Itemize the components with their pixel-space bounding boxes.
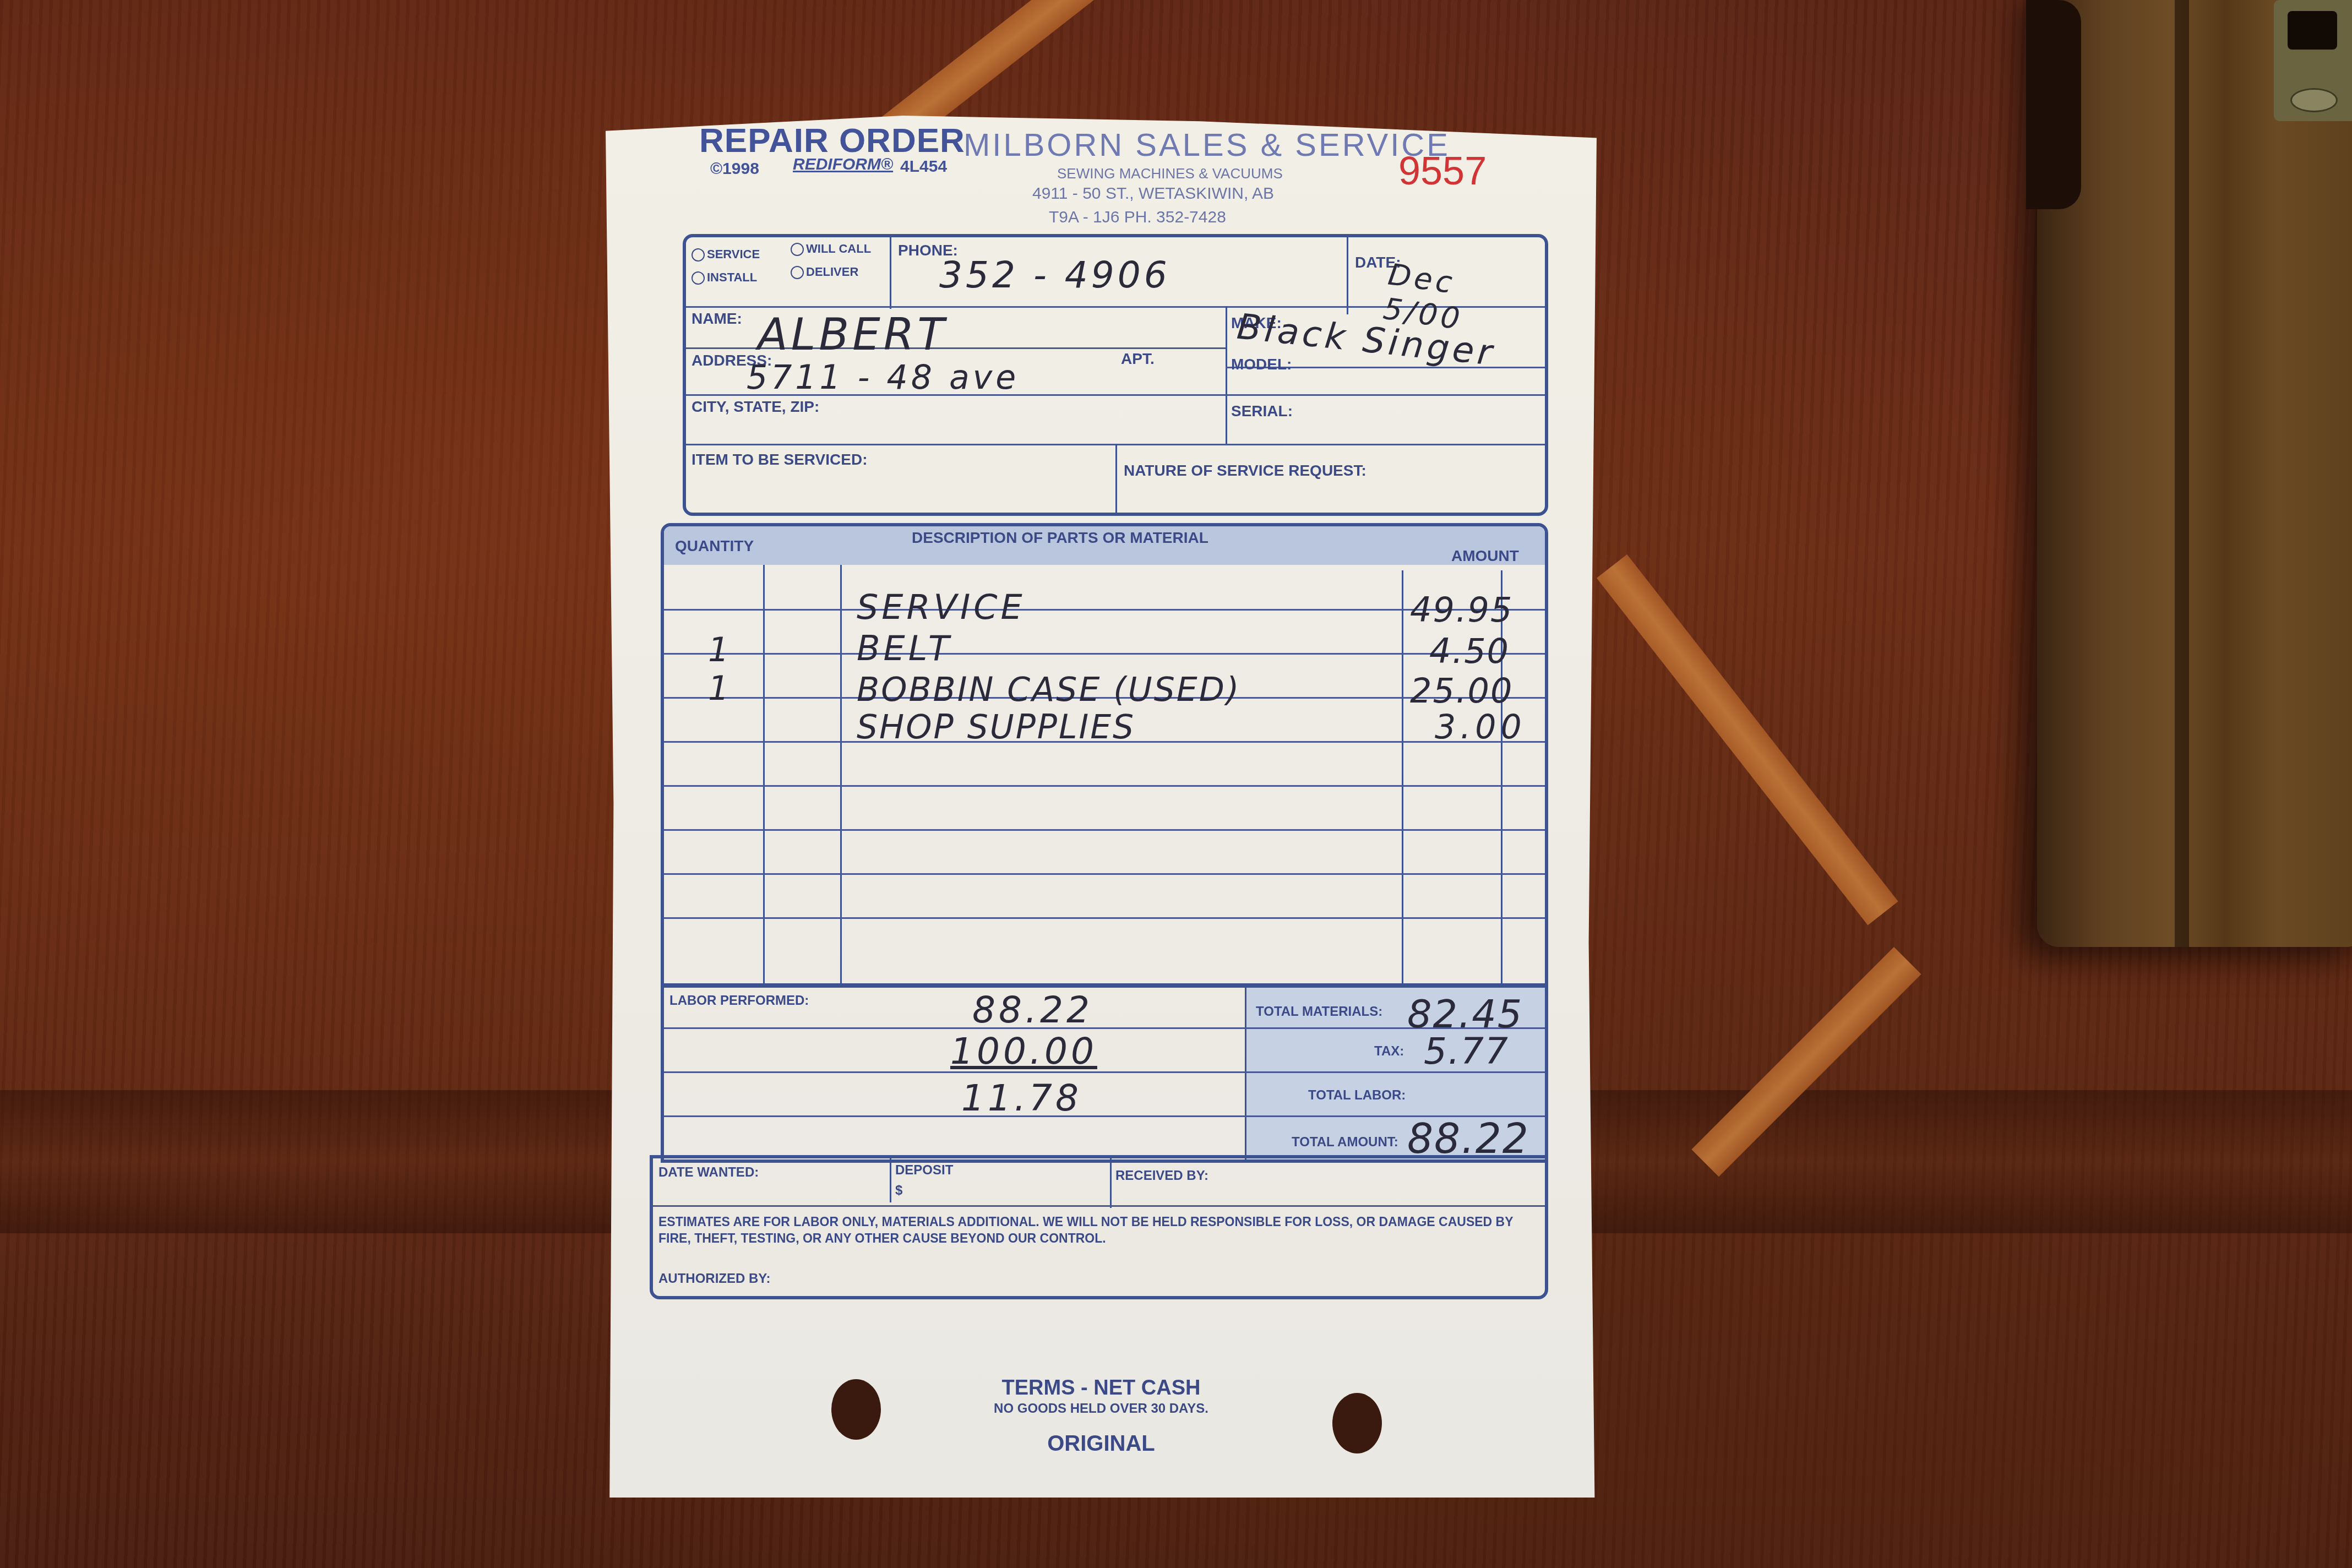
row-amount: 4.50 bbox=[1429, 631, 1510, 671]
date-wanted-label: DATE WANTED: bbox=[658, 1165, 759, 1180]
tax-label: TAX: bbox=[1374, 1044, 1404, 1059]
total-labor-label: TOTAL LABOR: bbox=[1308, 1088, 1406, 1103]
keyhole-icon bbox=[2288, 11, 2337, 50]
total-materials-label: TOTAL MATERIALS: bbox=[1256, 1004, 1382, 1020]
copy-label: ORIGINAL bbox=[606, 1431, 1597, 1456]
business-postal-phone: T9A - 1J6 PH. 352-7428 bbox=[1049, 208, 1226, 227]
wooden-box bbox=[2037, 0, 2352, 947]
deposit-currency: $ bbox=[895, 1183, 902, 1199]
box-groove bbox=[2175, 0, 2189, 947]
labor-calc-line: 11.78 bbox=[961, 1077, 1082, 1119]
labor-calc-line: 88.22 bbox=[972, 989, 1093, 1031]
name-field[interactable]: ALBERT bbox=[758, 309, 948, 360]
col-quantity: QUANTITY bbox=[675, 537, 754, 555]
terms-subtext: NO GOODS HELD OVER 30 DAYS. bbox=[606, 1401, 1597, 1417]
form-title: REPAIR ORDER bbox=[699, 121, 965, 160]
nature-of-service-label: NATURE OF SERVICE REQUEST: bbox=[1124, 462, 1366, 480]
received-by-label: RECEIVED BY: bbox=[1115, 1168, 1208, 1184]
disclaimer-text: ESTIMATES ARE FOR LABOR ONLY, MATERIALS … bbox=[658, 1213, 1534, 1246]
item-to-be-serviced-label: ITEM TO BE SERVICED: bbox=[692, 451, 867, 469]
col-description: DESCRIPTION OF PARTS OR MATERIAL bbox=[912, 529, 1208, 547]
box-notch bbox=[2026, 0, 2081, 209]
screw-icon bbox=[2290, 88, 2338, 112]
row-amount: 25.00 bbox=[1410, 671, 1513, 711]
parts-table: QUANTITY DESCRIPTION OF PARTS OR MATERIA… bbox=[661, 523, 1548, 1163]
repair-order-form: REPAIR ORDER ©1998 REDIFORM® 4L454 MILBO… bbox=[606, 110, 1597, 1498]
radio-deliver[interactable]: DELIVER bbox=[791, 265, 858, 279]
total-amount-label: TOTAL AMOUNT: bbox=[1292, 1135, 1398, 1150]
copyright: ©1998 bbox=[710, 160, 759, 178]
row-description: SERVICE bbox=[857, 587, 1026, 627]
radio-install[interactable]: INSTALL bbox=[692, 270, 757, 285]
row-amount: 3.00 bbox=[1435, 708, 1526, 747]
customer-section: SERVICE WILL CALL INSTALL DELIVER PHONE:… bbox=[683, 234, 1548, 516]
phone-field[interactable]: 352 - 4906 bbox=[939, 254, 1170, 296]
row-amount: 49.95 bbox=[1410, 590, 1513, 630]
model-label: MODEL: bbox=[1231, 356, 1292, 373]
authorized-by-label: AUTHORIZED BY: bbox=[658, 1271, 771, 1287]
business-tagline: SEWING MACHINES & VACUUMS bbox=[1057, 165, 1283, 182]
footer-section: DATE WANTED: DEPOSIT $ RECEIVED BY: ESTI… bbox=[650, 1155, 1548, 1299]
labor-calc-line: 100.00 bbox=[950, 1030, 1097, 1072]
radio-icon bbox=[791, 243, 804, 256]
radio-will-call[interactable]: WILL CALL bbox=[791, 242, 871, 256]
terms-text: TERMS - NET CASH bbox=[606, 1376, 1597, 1400]
radio-icon bbox=[791, 266, 804, 279]
latch-plate bbox=[2274, 0, 2352, 121]
radio-icon bbox=[692, 271, 705, 285]
radio-service[interactable]: SERVICE bbox=[692, 247, 760, 262]
row-qty: 1 bbox=[708, 631, 732, 669]
apt-label: APT. bbox=[1121, 350, 1155, 368]
tax-value: 5.77 bbox=[1424, 1030, 1509, 1072]
binder-hole bbox=[831, 1379, 881, 1440]
address-field[interactable]: 5711 - 48 ave bbox=[747, 358, 1019, 397]
business-address: 4911 - 50 ST., WETASKIWIN, AB bbox=[1032, 184, 1274, 203]
name-label: NAME: bbox=[692, 310, 742, 328]
row-description: BOBBIN CASE (USED) bbox=[857, 671, 1240, 709]
radio-icon bbox=[692, 248, 705, 262]
deposit-label: DEPOSIT bbox=[895, 1163, 953, 1178]
wood-inlay-strip bbox=[1597, 554, 1898, 925]
form-brand: REDIFORM® bbox=[793, 155, 893, 174]
labor-performed-label: LABOR PERFORMED: bbox=[669, 993, 809, 1009]
binder-hole bbox=[1332, 1393, 1382, 1453]
row-qty: 1 bbox=[708, 669, 732, 708]
row-description: BELT bbox=[857, 628, 952, 668]
row-description: SHOP SUPPLIES bbox=[857, 708, 1135, 747]
order-number: 9557 bbox=[1398, 149, 1487, 194]
serial-label: SERIAL: bbox=[1231, 402, 1293, 420]
city-state-zip-label: CITY, STATE, ZIP: bbox=[692, 398, 819, 416]
business-name: MILBORN SALES & SERVICE bbox=[963, 127, 1450, 164]
col-amount: AMOUNT bbox=[1451, 547, 1519, 565]
form-number: 4L454 bbox=[900, 157, 947, 176]
